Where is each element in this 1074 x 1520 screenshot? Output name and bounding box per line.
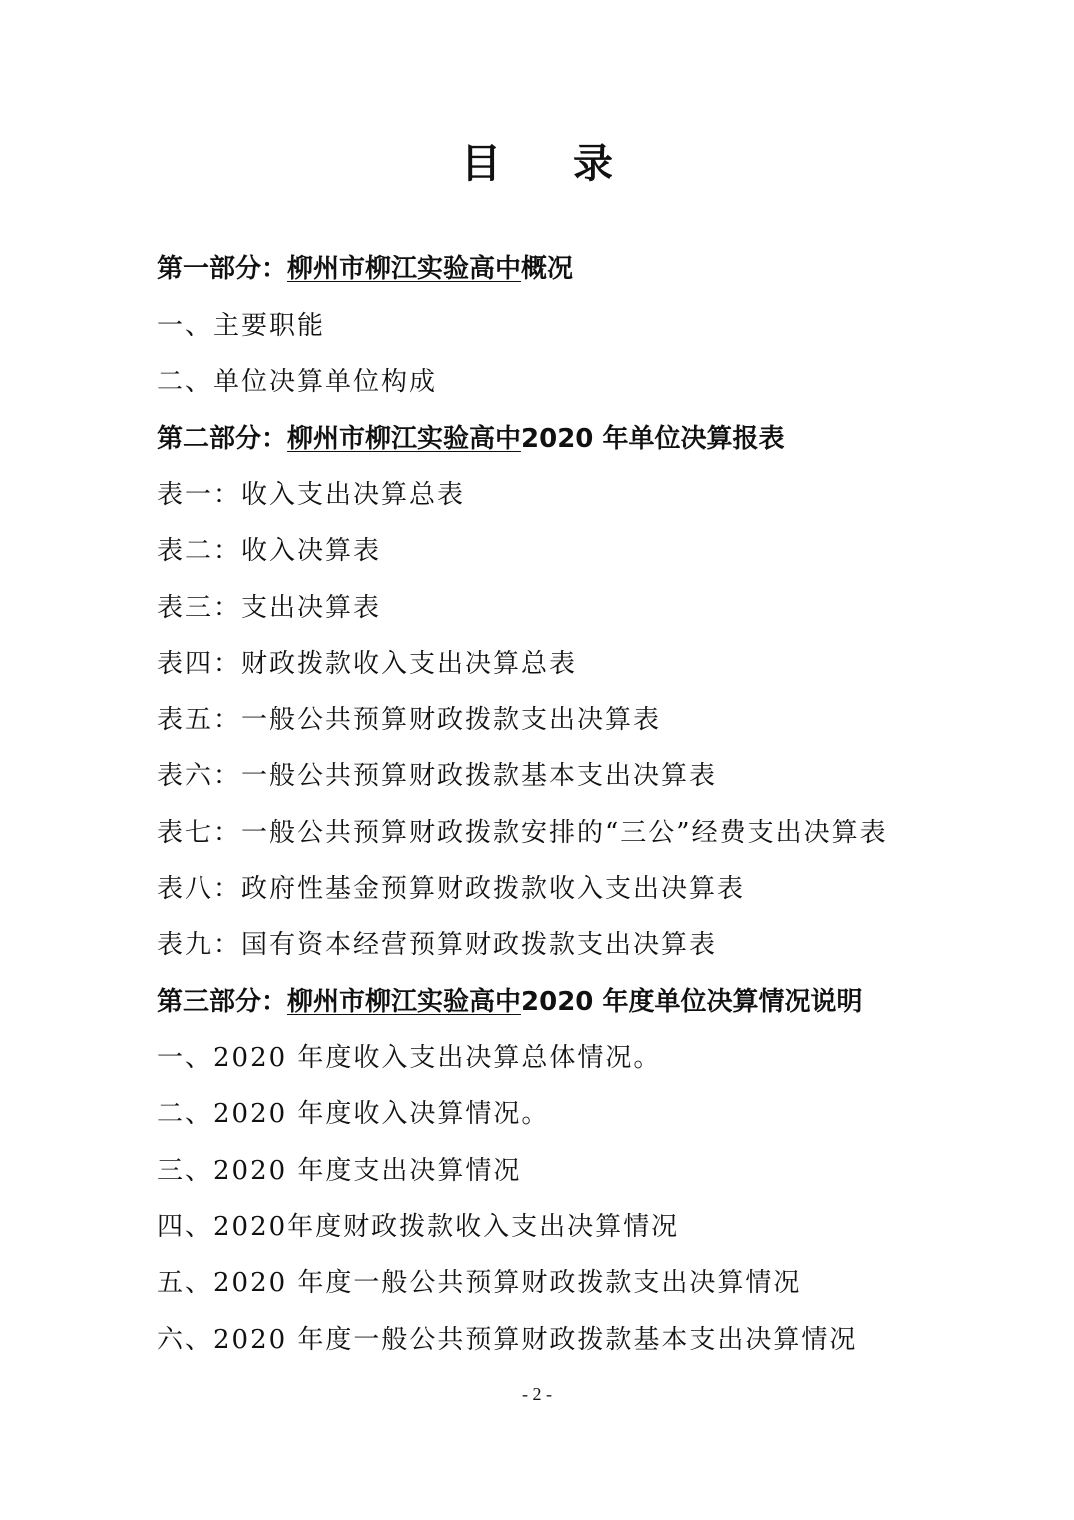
page-title: 目录 xyxy=(0,132,1074,189)
toc-item: 二、单位决算单位构成 xyxy=(157,365,437,399)
toc-item: 表三：支出决算表 xyxy=(157,591,381,625)
unit-name: 柳州市柳江实验高中 xyxy=(287,987,521,1017)
toc-item: 五、2020 年度一般公共预算财政拨款支出决算情况 xyxy=(157,1266,801,1300)
unit-name: 柳州市柳江实验高中 xyxy=(287,424,521,454)
section-suffix: 概况 xyxy=(521,254,573,284)
section-heading-1: 第一部分：柳州市柳江实验高中概况 xyxy=(157,252,573,286)
toc-item: 表五：一般公共预算财政拨款支出决算表 xyxy=(157,703,661,737)
title-char-right: 录 xyxy=(573,132,613,189)
page-number: - 2 - xyxy=(0,1384,1074,1405)
toc-item: 六、2020 年度一般公共预算财政拨款基本支出决算情况 xyxy=(157,1323,857,1357)
toc-item: 四、2020年度财政拨款收入支出决算情况 xyxy=(157,1210,679,1244)
toc-item: 一、主要职能 xyxy=(157,309,325,343)
section-prefix: 第一部分： xyxy=(157,254,287,284)
toc-item: 表九：国有资本经营预算财政拨款支出决算表 xyxy=(157,928,717,962)
toc-item: 表七：一般公共预算财政拨款安排的“三公”经费支出决算表 xyxy=(157,816,888,850)
toc-item: 表一：收入支出决算总表 xyxy=(157,478,465,512)
toc-item: 二、2020 年度收入决算情况。 xyxy=(157,1097,549,1131)
unit-name: 柳州市柳江实验高中 xyxy=(287,254,521,284)
toc-item: 表二：收入决算表 xyxy=(157,534,381,568)
toc-item: 表六：一般公共预算财政拨款基本支出决算表 xyxy=(157,759,717,793)
section-heading-2: 第二部分：柳州市柳江实验高中2020 年单位决算报表 xyxy=(157,422,784,456)
toc-item: 表四：财政拨款收入支出决算总表 xyxy=(157,647,577,681)
toc-item: 一、2020 年度收入支出决算总体情况。 xyxy=(157,1041,661,1075)
section-prefix: 第二部分： xyxy=(157,424,287,454)
section-suffix: 2020 年度单位决算情况说明 xyxy=(521,987,862,1017)
section-suffix: 2020 年单位决算报表 xyxy=(521,424,784,454)
section-heading-3: 第三部分：柳州市柳江实验高中2020 年度单位决算情况说明 xyxy=(157,985,862,1019)
section-prefix: 第三部分： xyxy=(157,987,287,1017)
toc-item: 表八：政府性基金预算财政拨款收入支出决算表 xyxy=(157,872,745,906)
toc-item: 三、2020 年度支出决算情况 xyxy=(157,1154,521,1188)
title-char-left: 目 xyxy=(461,132,501,189)
